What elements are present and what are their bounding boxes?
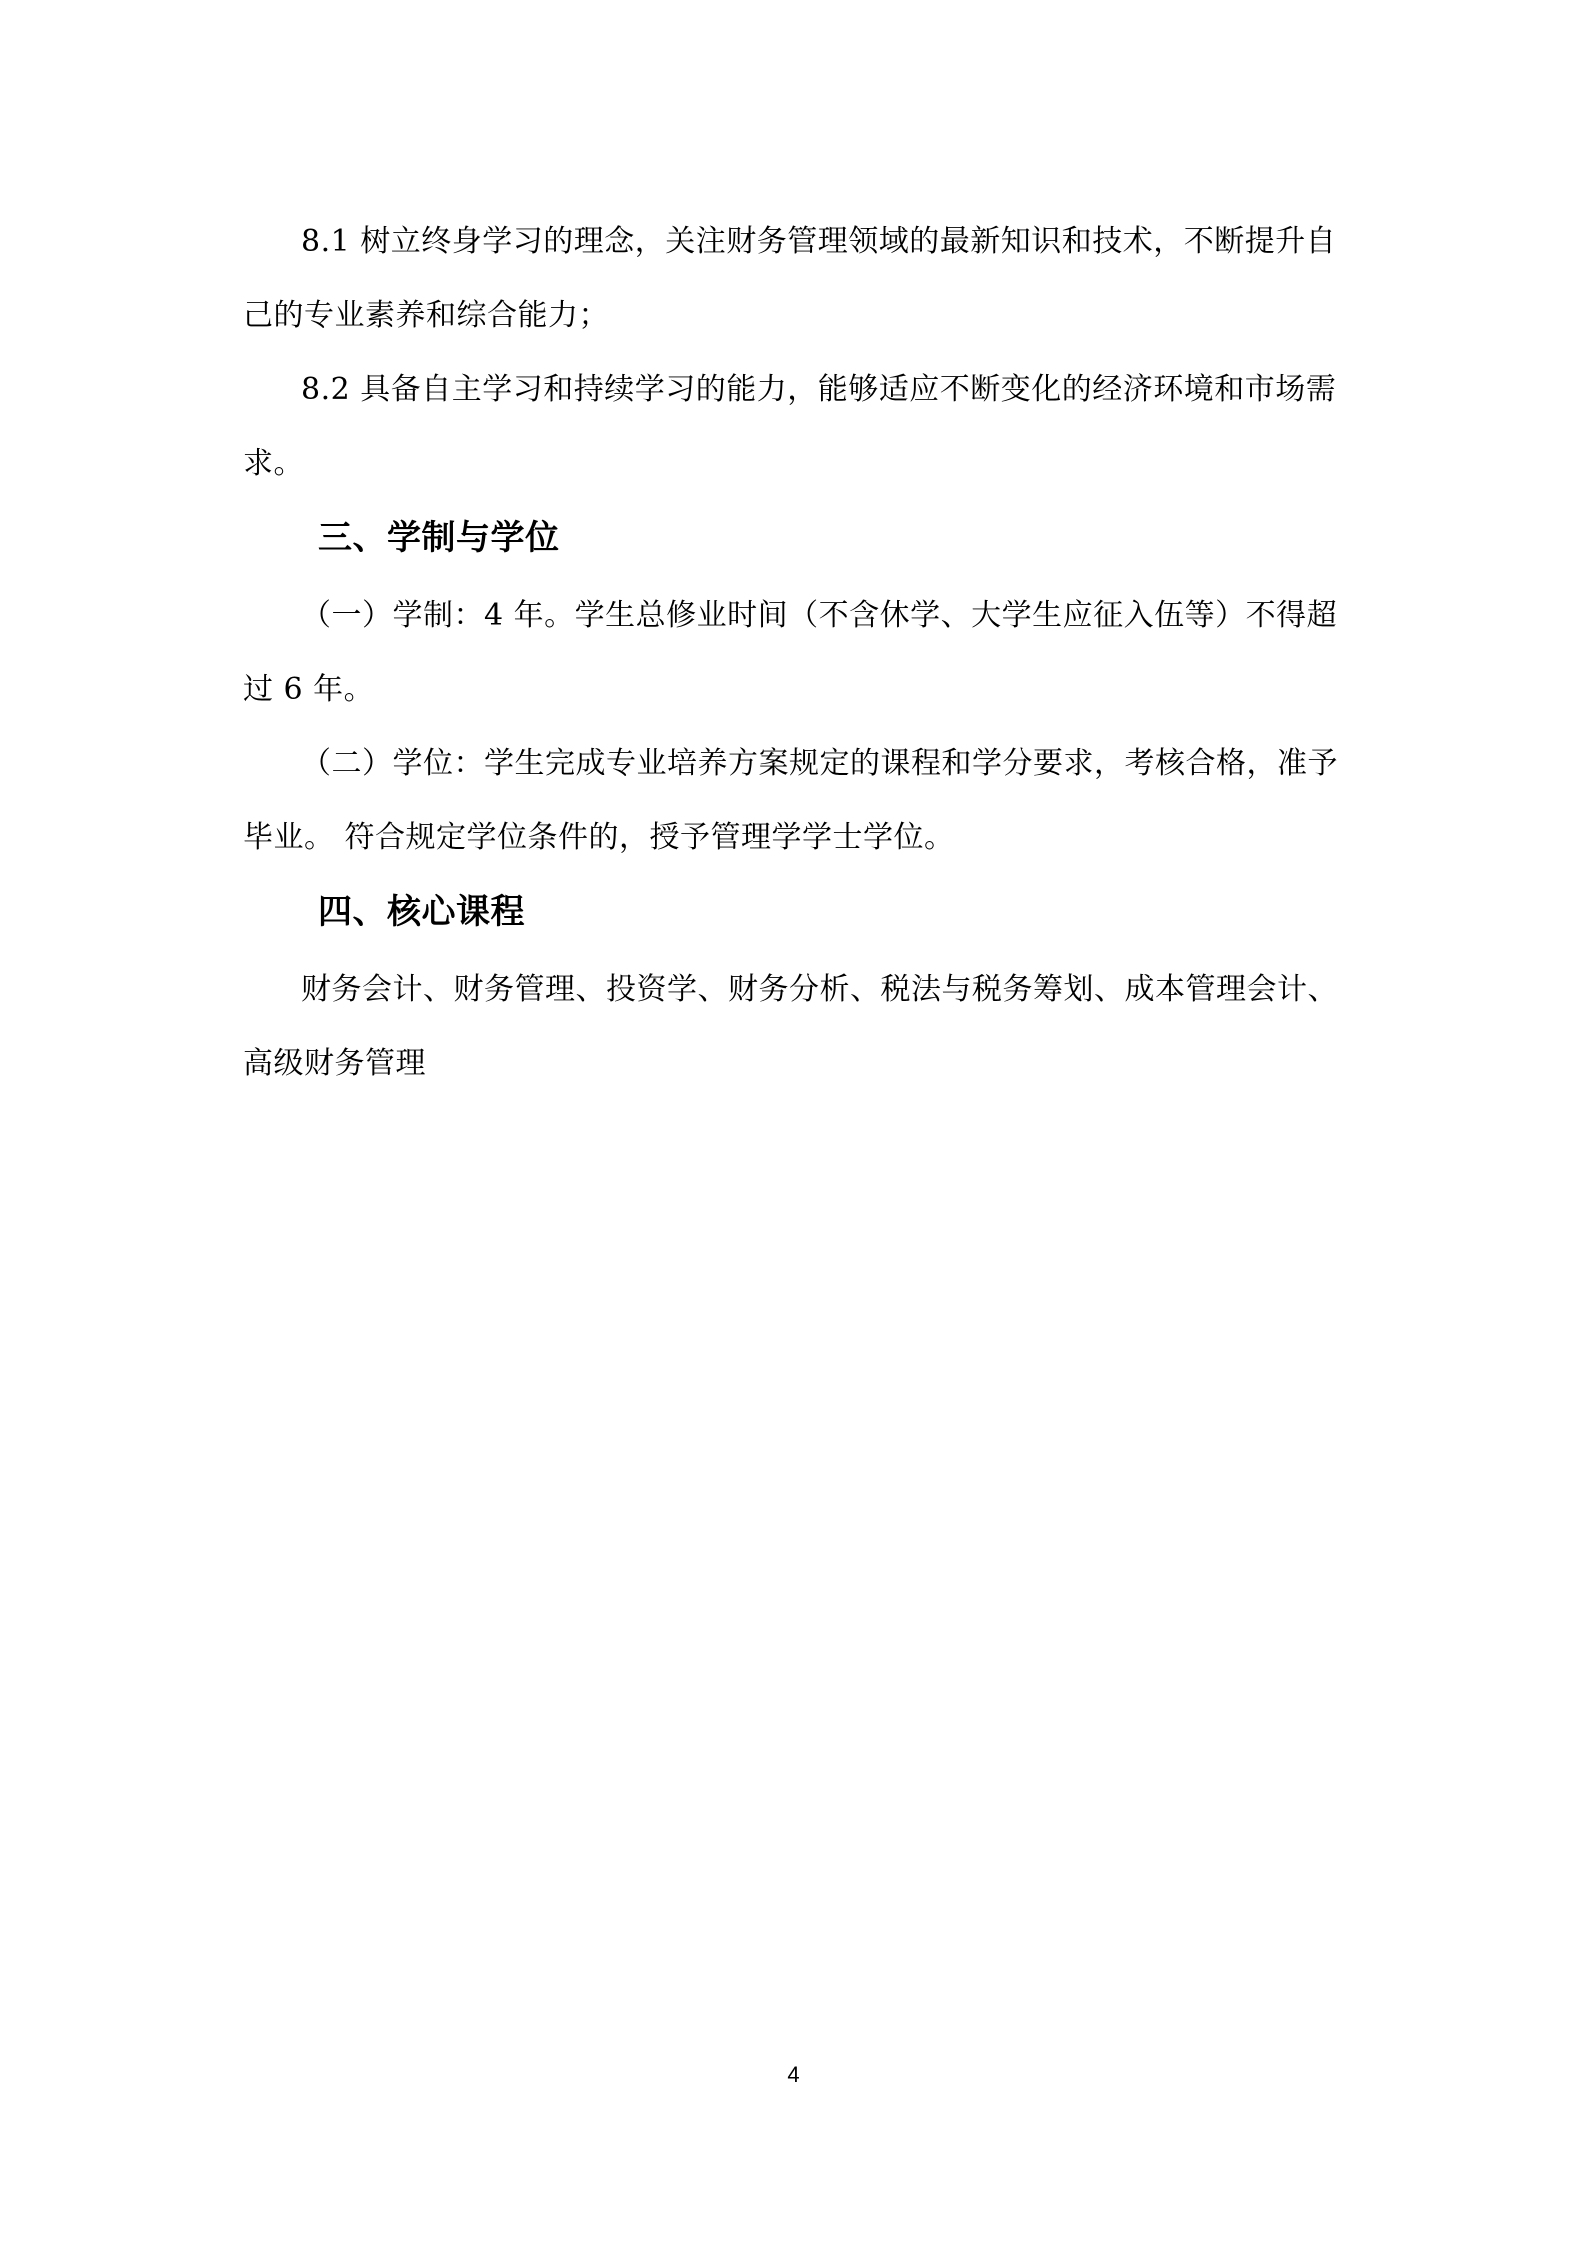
- core-courses-line1: 财务会计、财务管理、投资学、财务分析、税法与税务筹划、成本管理会计、: [301, 970, 1338, 1010]
- section-4-heading: 四、核心课程: [318, 890, 525, 934]
- paragraph-8-1-line1: 8.1 树立终身学习的理念，关注财务管理领域的最新知识和技术，不断提升自: [301, 222, 1336, 262]
- paragraph-degree-line2: 毕业。 符合规定学位条件的，授予管理学学士学位。: [243, 818, 955, 858]
- core-courses-line2: 高级财务管理: [243, 1044, 426, 1084]
- paragraph-8-2-line1: 8.2 具备自主学习和持续学习的能力，能够适应不断变化的经济环境和市场需: [301, 370, 1336, 410]
- page-number: 4: [0, 2062, 1587, 2088]
- paragraph-8-1-line2: 己的专业素养和综合能力；: [243, 296, 609, 336]
- paragraph-duration-line1: （一）学制：4 年。学生总修业时间（不含休学、大学生应征入伍等）不得超: [301, 596, 1337, 636]
- paragraph-duration-line2: 过 6 年。: [243, 670, 374, 710]
- paragraph-degree-line1: （二）学位：学生完成专业培养方案规定的课程和学分要求，考核合格，准予: [301, 744, 1338, 784]
- paragraph-8-2-line2: 求。: [243, 444, 304, 484]
- section-3-heading: 三、学制与学位: [318, 516, 560, 560]
